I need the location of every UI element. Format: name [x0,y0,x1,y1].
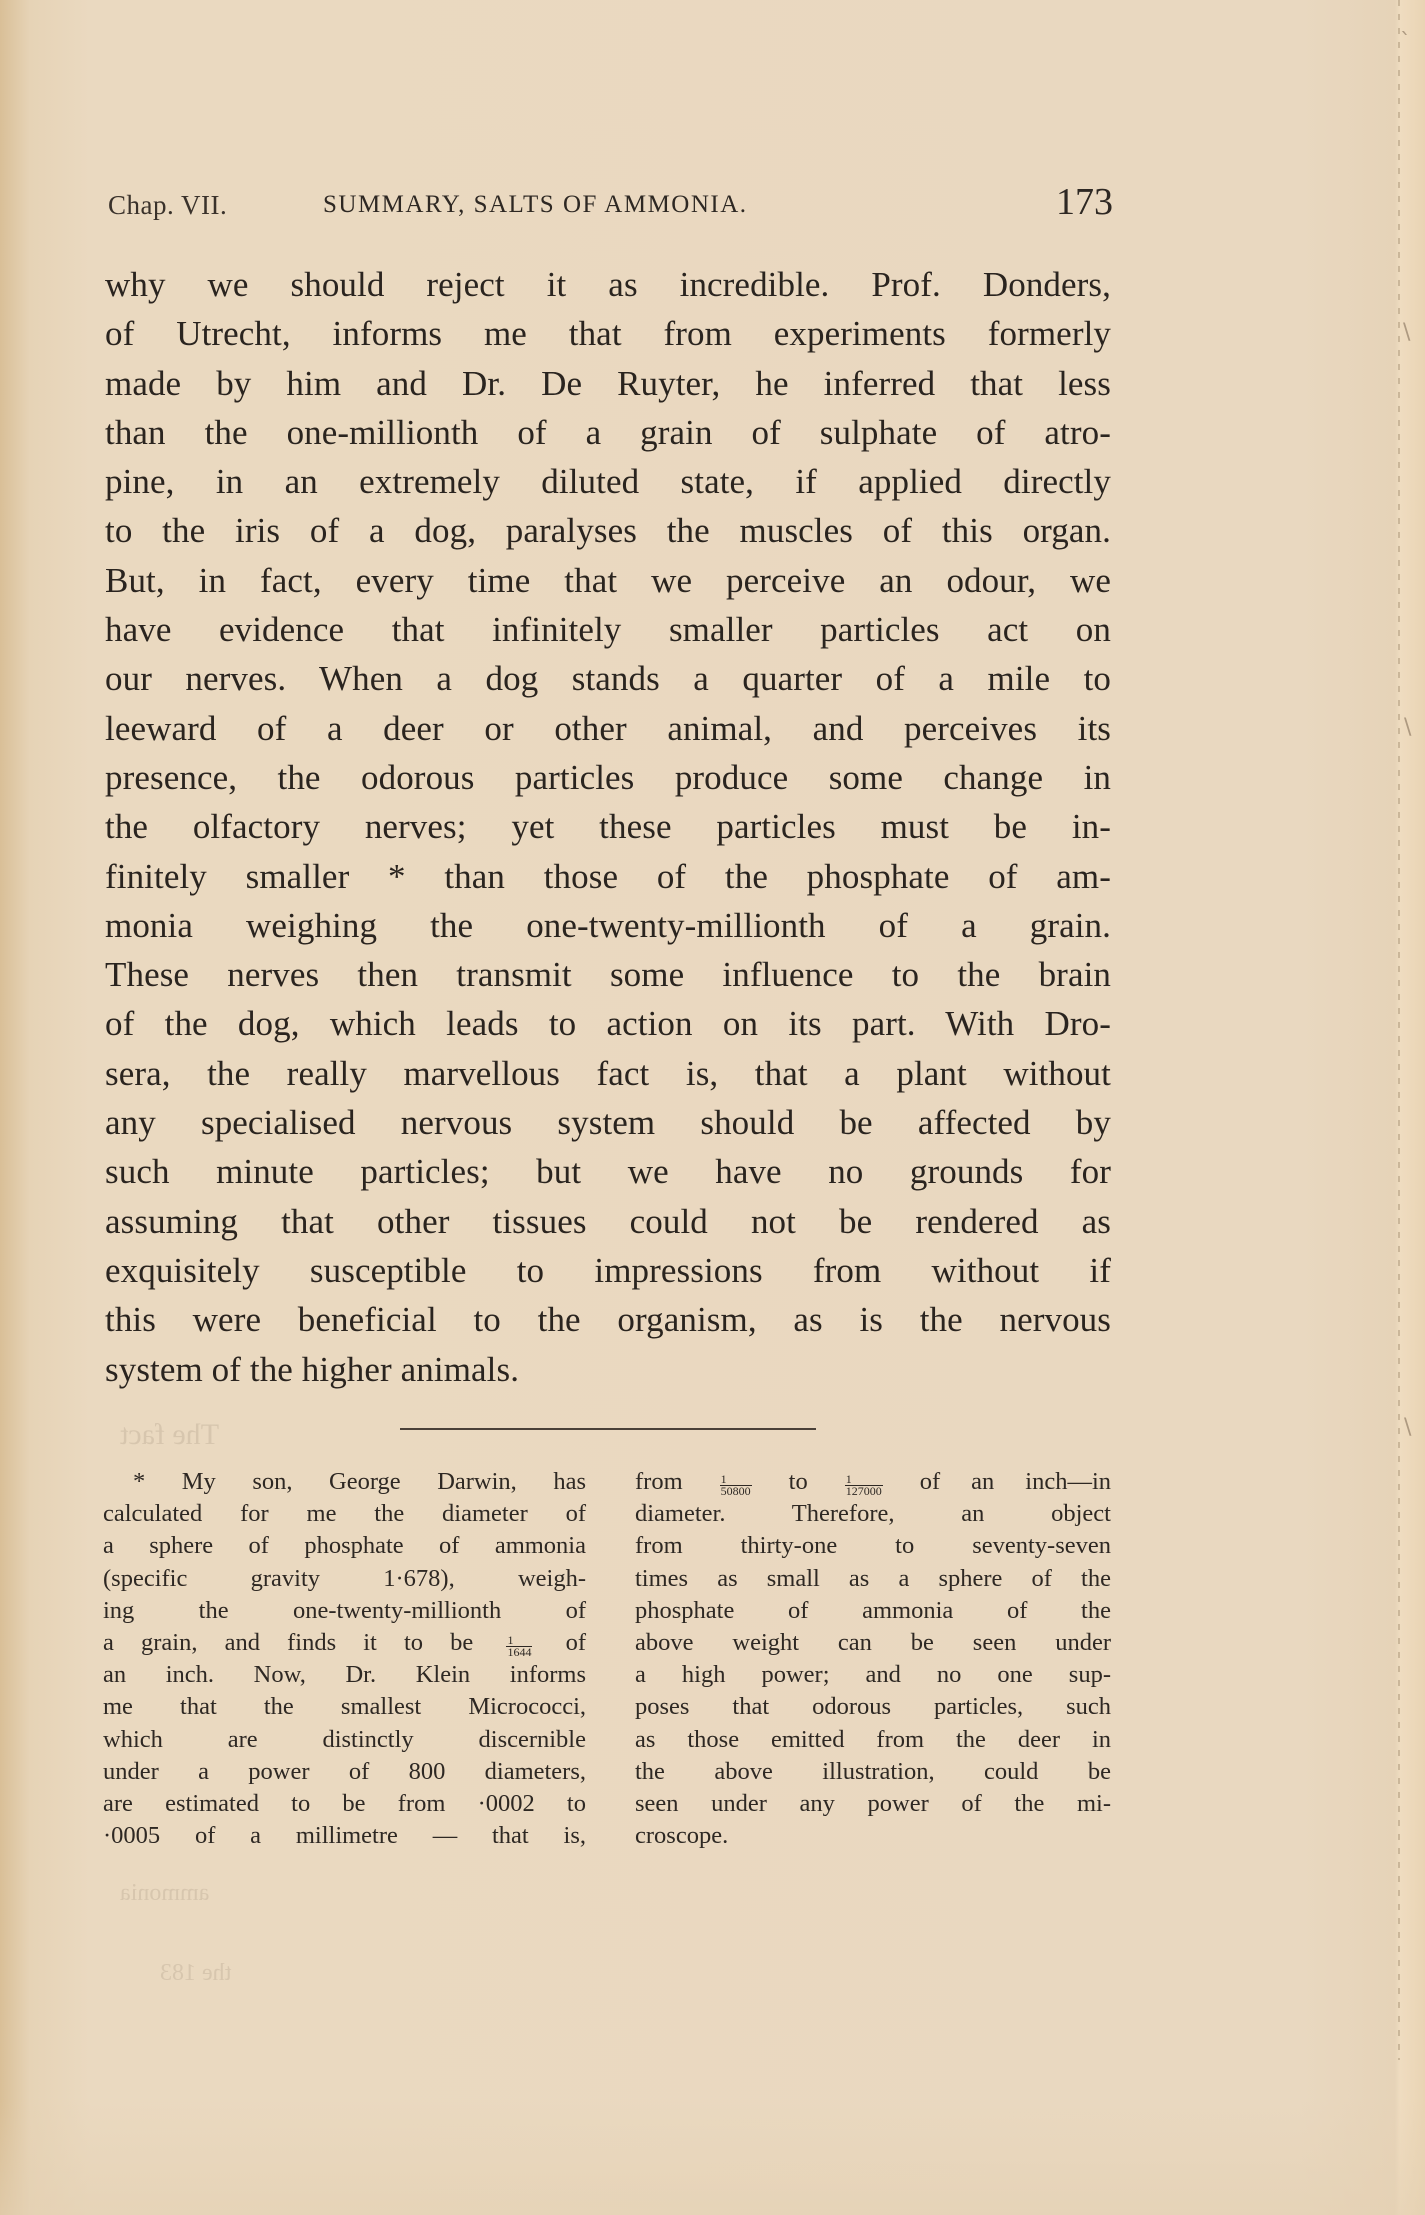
text-line: made by him and Dr. De Ruyter, he inferr… [105,359,1111,408]
footnote-line: croscope. [635,1820,1111,1852]
footnote-line: diameter. Therefore, an object [635,1498,1111,1530]
footnote-line: poses that odorous particles, such [635,1691,1111,1723]
footnote-line: calculated for me the diameter of [103,1498,586,1530]
footnote-line: a sphere of phosphate of ammonia [103,1530,586,1562]
footnote-line: as those emitted from the deer in [635,1724,1111,1756]
page-edge [1398,0,1400,2060]
running-title: SUMMARY, SALTS OF AMMONIA. [323,191,748,219]
footnote-line-with-fraction: from 150800 to 1127000 of an inch—in [635,1466,1111,1498]
fraction: 1127000 [845,1474,883,1497]
text-line: sera, the really marvellous fact is, tha… [105,1049,1111,1098]
text-line: monia weighing the one-twenty-millionth … [105,901,1111,950]
text-line: pine, in an extremely diluted state, if … [105,457,1111,506]
footnote-text: a grain, and finds it to be [103,1629,473,1656]
fraction: 11644 [506,1635,532,1658]
footnote-separator [400,1428,816,1430]
text-line: our nerves. When a dog stands a quarter … [105,654,1111,703]
text-line: have evidence that infinitely smaller pa… [105,605,1111,654]
text-line: These nerves then transmit some influenc… [105,950,1111,999]
chapter-label: Chap. VII. [108,190,227,221]
fraction-denominator: 127000 [845,1486,883,1497]
margin-mark: \ [1404,715,1411,740]
show-through-text: the 183 [160,1960,231,1987]
text-line: exquisitely susceptible to impressions f… [105,1246,1111,1295]
fraction-denominator: 1644 [506,1647,532,1658]
text-line: assuming that other tissues could not be… [105,1197,1111,1246]
footnote-text: of an inch—in [920,1468,1111,1495]
text-line: the olfactory nerves; yet these particle… [105,802,1111,851]
footnote-right-column: from 150800 to 1127000 of an inch—in dia… [635,1466,1111,1852]
footnote-left-column: * My son, George Darwin, has calculated … [103,1466,586,1852]
footnote-line: an inch. Now, Dr. Klein informs [103,1659,586,1691]
text-line: of the dog, which leads to action on its… [105,999,1111,1048]
body-paragraph: why we should reject it as incredible. P… [105,260,1111,1394]
text-line: such minute particles; but we have no gr… [105,1147,1111,1196]
footnote-line: are estimated to be from ·0002 to [103,1788,586,1820]
footnote-line: which are distinctly discernible [103,1724,586,1756]
text-line-footnote-ref: finitely smaller * than those of the pho… [105,852,1111,901]
text-line: presence, the odorous particles produce … [105,753,1111,802]
footnote-text: to [789,1468,808,1495]
footnote-line: above weight can be seen under [635,1627,1111,1659]
footnote-line: me that the smallest Micrococci, [103,1691,586,1723]
margin-mark: \ [1403,320,1410,345]
book-page: The fact ammonia the 183 ` \ \ \ Chap. V… [0,0,1425,2215]
page-bottom-margin [0,2100,1425,2215]
text-line: But, in fact, every time that we perceiv… [105,556,1111,605]
text-line: leeward of a deer or other animal, and p… [105,704,1111,753]
running-header: Chap. VII. SUMMARY, SALTS OF AMMONIA. 17… [108,176,1113,226]
text-line: why we should reject it as incredible. P… [105,260,1111,309]
footnote-line: from thirty-one to seventy-seven [635,1530,1111,1562]
text-line: of Utrecht, informs me that from experim… [105,309,1111,358]
show-through-text: The fact [120,1418,219,1452]
show-through-text: ammonia [120,1880,209,1907]
footnote-line: ·0005 of a millimetre — that is, [103,1820,586,1852]
margin-mark: \ [1404,1415,1411,1440]
footnote-line: ing the one-twenty-millionth of [103,1595,586,1627]
footnote-text: from [635,1468,683,1495]
text-line: to the iris of a dog, paralyses the musc… [105,506,1111,555]
footnote-line: seen under any power of the mi- [635,1788,1111,1820]
text-line: than the one-millionth of a grain of sul… [105,408,1111,457]
fraction: 150800 [720,1474,752,1497]
text-line: system of the higher animals. [105,1345,1111,1394]
margin-mark: ` [1400,30,1411,55]
fraction-denominator: 50800 [720,1486,752,1497]
footnote-line-with-fraction: a grain, and finds it to be 11644 of [103,1627,586,1659]
text-line: any specialised nervous system should be… [105,1098,1111,1147]
text-line: this were beneficial to the organism, as… [105,1295,1111,1344]
footnote-line: a high power; and no one sup- [635,1659,1111,1691]
footnote-line: times as small as a sphere of the [635,1563,1111,1595]
footnote-line: the above illustration, could be [635,1756,1111,1788]
page-number: 173 [1056,180,1113,224]
footnote-line: * My son, George Darwin, has [103,1466,586,1498]
footnote-line: under a power of 800 diameters, [103,1756,586,1788]
footnote-line: phosphate of ammonia of the [635,1595,1111,1627]
footnote-text: of [566,1629,586,1656]
footnote-line: (specific gravity 1·678), weigh- [103,1563,586,1595]
